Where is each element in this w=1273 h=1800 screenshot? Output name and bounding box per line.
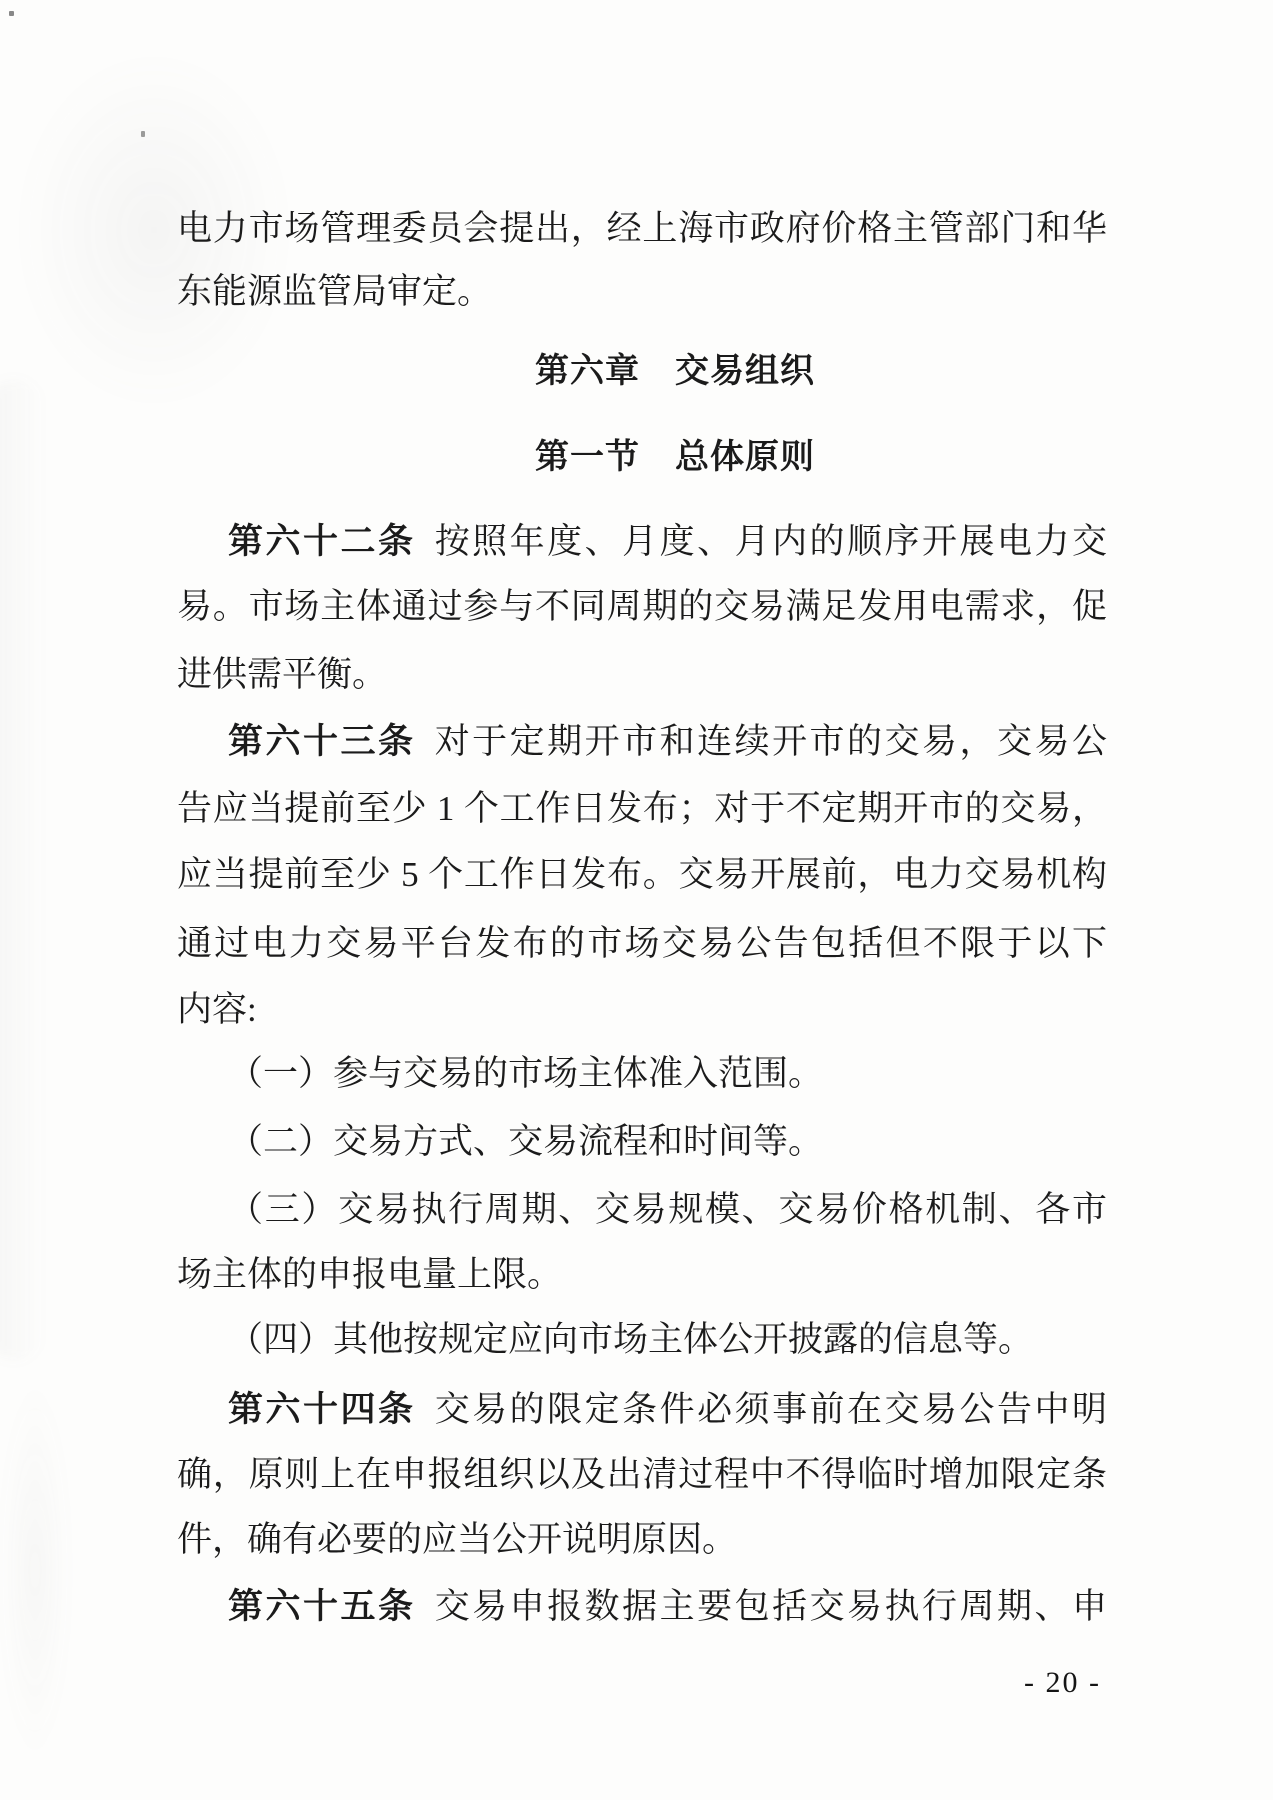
article-62-line: 易。市场主体通过参与不同周期的交易满足发用电需求，促 bbox=[177, 586, 1107, 627]
article-63-line: 第六十三条对于定期开市和连续开市的交易，交易公 bbox=[177, 721, 1107, 762]
scanned-document-page: { "page": { "number_label": "- 20 -" }, … bbox=[0, 0, 1273, 1800]
article-63-line: 应当提前至少 5 个工作日发布。交易开展前，电力交易机构 bbox=[177, 854, 1107, 895]
notice-item: 场主体的申报电量上限。 bbox=[177, 1254, 1107, 1295]
intro-line: 东能源监管局审定。 bbox=[177, 271, 1107, 312]
article-64-number: 第六十四条 bbox=[228, 1390, 415, 1429]
article-65-number: 第六十五条 bbox=[228, 1587, 415, 1626]
article-62-text: 按照年度、月度、月内的顺序开展电力交 bbox=[435, 522, 1107, 561]
article-62-line: 进供需平衡。 bbox=[177, 654, 1107, 695]
section-heading: 第一节 总体原则 bbox=[177, 438, 1107, 479]
notice-item: （四）其他按规定应向市场主体公开披露的信息等。 bbox=[177, 1319, 1107, 1360]
article-63-text: 对于定期开市和连续开市的交易，交易公 bbox=[435, 722, 1107, 761]
page-number: - 20 - bbox=[1024, 1666, 1101, 1700]
notice-item: （二）交易方式、交易流程和时间等。 bbox=[177, 1121, 1107, 1162]
scan-speck bbox=[9, 11, 14, 16]
article-62-number: 第六十二条 bbox=[228, 522, 415, 561]
scan-noise bbox=[0, 380, 46, 1360]
article-64-line: 第六十四条交易的限定条件必须事前在交易公告中明 bbox=[177, 1389, 1107, 1430]
intro-line: 电力市场管理委员会提出，经上海市政府价格主管部门和华 bbox=[177, 208, 1107, 249]
notice-item: （一）参与交易的市场主体准入范围。 bbox=[177, 1053, 1107, 1094]
article-63-line: 通过电力交易平台发布的市场交易公告包括但不限于以下 bbox=[177, 923, 1107, 964]
document-text-block: 电力市场管理委员会提出，经上海市政府价格主管部门和华 东能源监管局审定。 第六章… bbox=[177, 0, 1107, 1800]
article-63-number: 第六十三条 bbox=[228, 722, 415, 761]
article-65-text: 交易申报数据主要包括交易执行周期、申 bbox=[435, 1587, 1107, 1626]
article-64-line: 确，原则上在申报组织以及出清过程中不得临时增加限定条 bbox=[177, 1454, 1107, 1495]
scan-noise bbox=[0, 1380, 70, 1760]
notice-item: （三）交易执行周期、交易规模、交易价格机制、各市 bbox=[177, 1189, 1107, 1230]
article-63-line: 告应当提前至少 1 个工作日发布；对于不定期开市的交易， bbox=[177, 788, 1107, 829]
scan-speck bbox=[141, 131, 145, 137]
chapter-heading: 第六章 交易组织 bbox=[177, 352, 1107, 393]
article-64-line: 件，确有必要的应当公开说明原因。 bbox=[177, 1519, 1107, 1560]
article-65-line: 第六十五条交易申报数据主要包括交易执行周期、申 bbox=[177, 1586, 1107, 1627]
article-64-text: 交易的限定条件必须事前在交易公告中明 bbox=[435, 1390, 1107, 1429]
article-63-line: 内容: bbox=[177, 989, 1107, 1030]
article-62-line: 第六十二条按照年度、月度、月内的顺序开展电力交 bbox=[177, 521, 1107, 562]
